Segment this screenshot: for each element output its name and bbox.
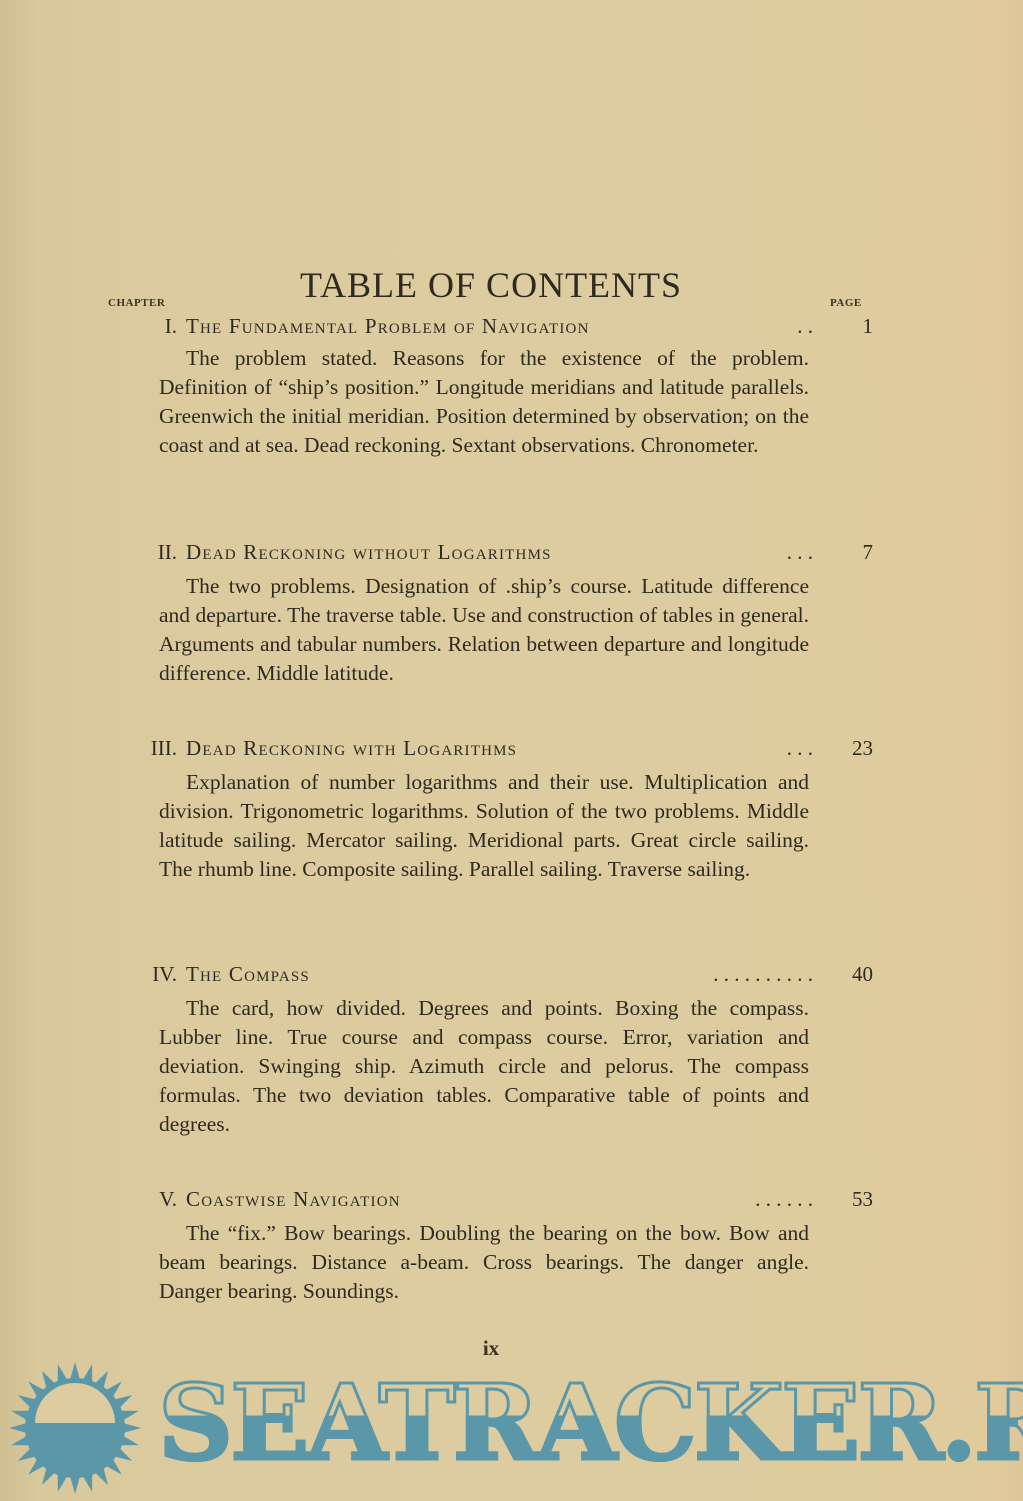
chapter-summary: The “fix.” Bow bearings. Doubling the be… — [159, 1219, 809, 1306]
chapter-title: The Compass — [186, 962, 310, 987]
chapter-heading[interactable]: V. Coastwise Navigation . . . . . . 53 — [0, 1187, 873, 1215]
chapter-number: III. — [0, 736, 177, 761]
chapter-number: IV. — [0, 962, 177, 987]
chapter-heading[interactable]: IV. The Compass . . . . . . . . . . 40 — [0, 962, 873, 990]
chapter-number: I. — [0, 314, 177, 339]
chapter-title: Coastwise Navigation — [186, 1187, 401, 1212]
chapter-title: The Fundamental Problem of Navigation — [186, 314, 590, 339]
leader-dots: . . — [797, 314, 813, 339]
leader-dots: . . . — [787, 540, 813, 565]
chapter-heading[interactable]: III. Dead Reckoning with Logarithms . . … — [0, 736, 873, 764]
leader-dots: . . . . . . . . . . — [713, 962, 813, 987]
chapter-title: Dead Reckoning without Logarithms — [186, 540, 552, 565]
chapter-heading[interactable]: I. The Fundamental Problem of Navigation… — [0, 314, 873, 342]
watermark: SEATRACKER.RU — [0, 1350, 1023, 1501]
chapter-column-label: CHAPTER — [108, 297, 165, 309]
chapter-heading[interactable]: II. Dead Reckoning without Logarithms . … — [0, 540, 873, 568]
chapter-number: V. — [0, 1187, 177, 1212]
chapter-summary: The problem stated. Reasons for the exis… — [159, 344, 809, 460]
chapter-page-number: 23 — [852, 736, 873, 761]
chapter-page-number: 53 — [852, 1187, 873, 1212]
chapter-summary: The card, how divided. Degrees and point… — [159, 994, 809, 1139]
leader-dots: . . . . . . — [755, 1187, 813, 1212]
chapter-summary: Explanation of number logarithms and the… — [159, 768, 809, 884]
leader-dots: . . . — [787, 736, 813, 761]
chapter-number: II. — [0, 540, 177, 565]
sun-over-sea-icon — [0, 1350, 150, 1501]
page-column-label: PAGE — [830, 297, 862, 309]
chapter-page-number: 7 — [863, 540, 874, 565]
chapter-title: Dead Reckoning with Logarithms — [186, 736, 517, 761]
chapter-page-number: 40 — [852, 962, 873, 987]
chapter-summary: The two problems. Designation of .ship’s… — [159, 572, 809, 688]
chapter-page-number: 1 — [863, 314, 874, 339]
watermark-text: SEATRACKER.RU — [158, 1368, 1018, 1478]
